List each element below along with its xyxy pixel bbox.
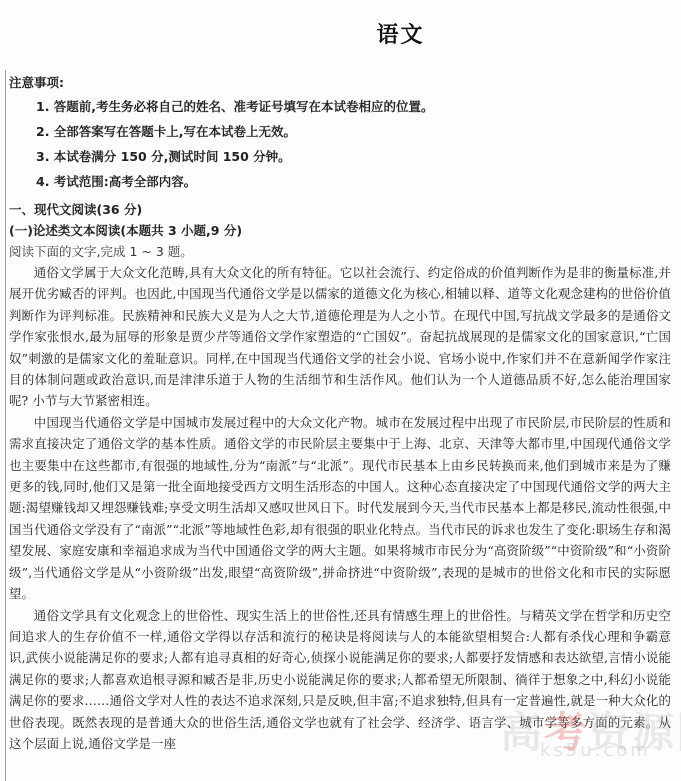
passage-paragraph: 通俗文学属于大众文化范畴,具有大众文化的所有特征。它以社会流行、约定俗成的价值判…	[9, 262, 671, 412]
reading-section: 一、现代文阅读(36 分) (一)论述类文本阅读(本题共 3 小题,9 分) 阅…	[9, 199, 671, 754]
notice-item: 4. 考试范围:高考全部内容。	[9, 169, 669, 194]
section-subheading: (一)论述类文本阅读(本题共 3 小题,9 分)	[9, 220, 671, 241]
page-left-border	[5, 70, 6, 781]
passage-paragraph: 通俗文学具有文化观念上的世俗性、现实生活上的世俗性,还具有情感生理上的世俗性。与…	[9, 605, 671, 755]
section-heading: 一、现代文阅读(36 分)	[9, 199, 671, 220]
notice-block: 注意事项: 1. 答题前,考生务必将自己的姓名、准考证号填写在本试卷相应的位置。…	[9, 72, 669, 194]
notice-item: 2. 全部答案写在答题卡上,写在本试卷上无效。	[9, 119, 669, 144]
section-instruction: 阅读下面的文字,完成 1 ~ 3 题。	[9, 241, 671, 262]
notice-heading: 注意事项:	[9, 72, 669, 94]
reading-passage: 通俗文学属于大众文化范畴,具有大众文化的所有特征。它以社会流行、约定俗成的价值判…	[9, 262, 671, 754]
exam-page: 语文 注意事项: 1. 答题前,考生务必将自己的姓名、准考证号填写在本试卷相应的…	[0, 0, 681, 781]
page-title: 语文	[0, 18, 681, 49]
notice-item: 1. 答题前,考生务必将自己的姓名、准考证号填写在本试卷相应的位置。	[9, 94, 669, 119]
notice-item: 3. 本试卷满分 150 分,测试时间 150 分钟。	[9, 144, 669, 169]
passage-paragraph: 中国现当代通俗文学是中国城市发展过程中的大众文化产物。城市在发展过程中出现了市民…	[9, 412, 671, 605]
